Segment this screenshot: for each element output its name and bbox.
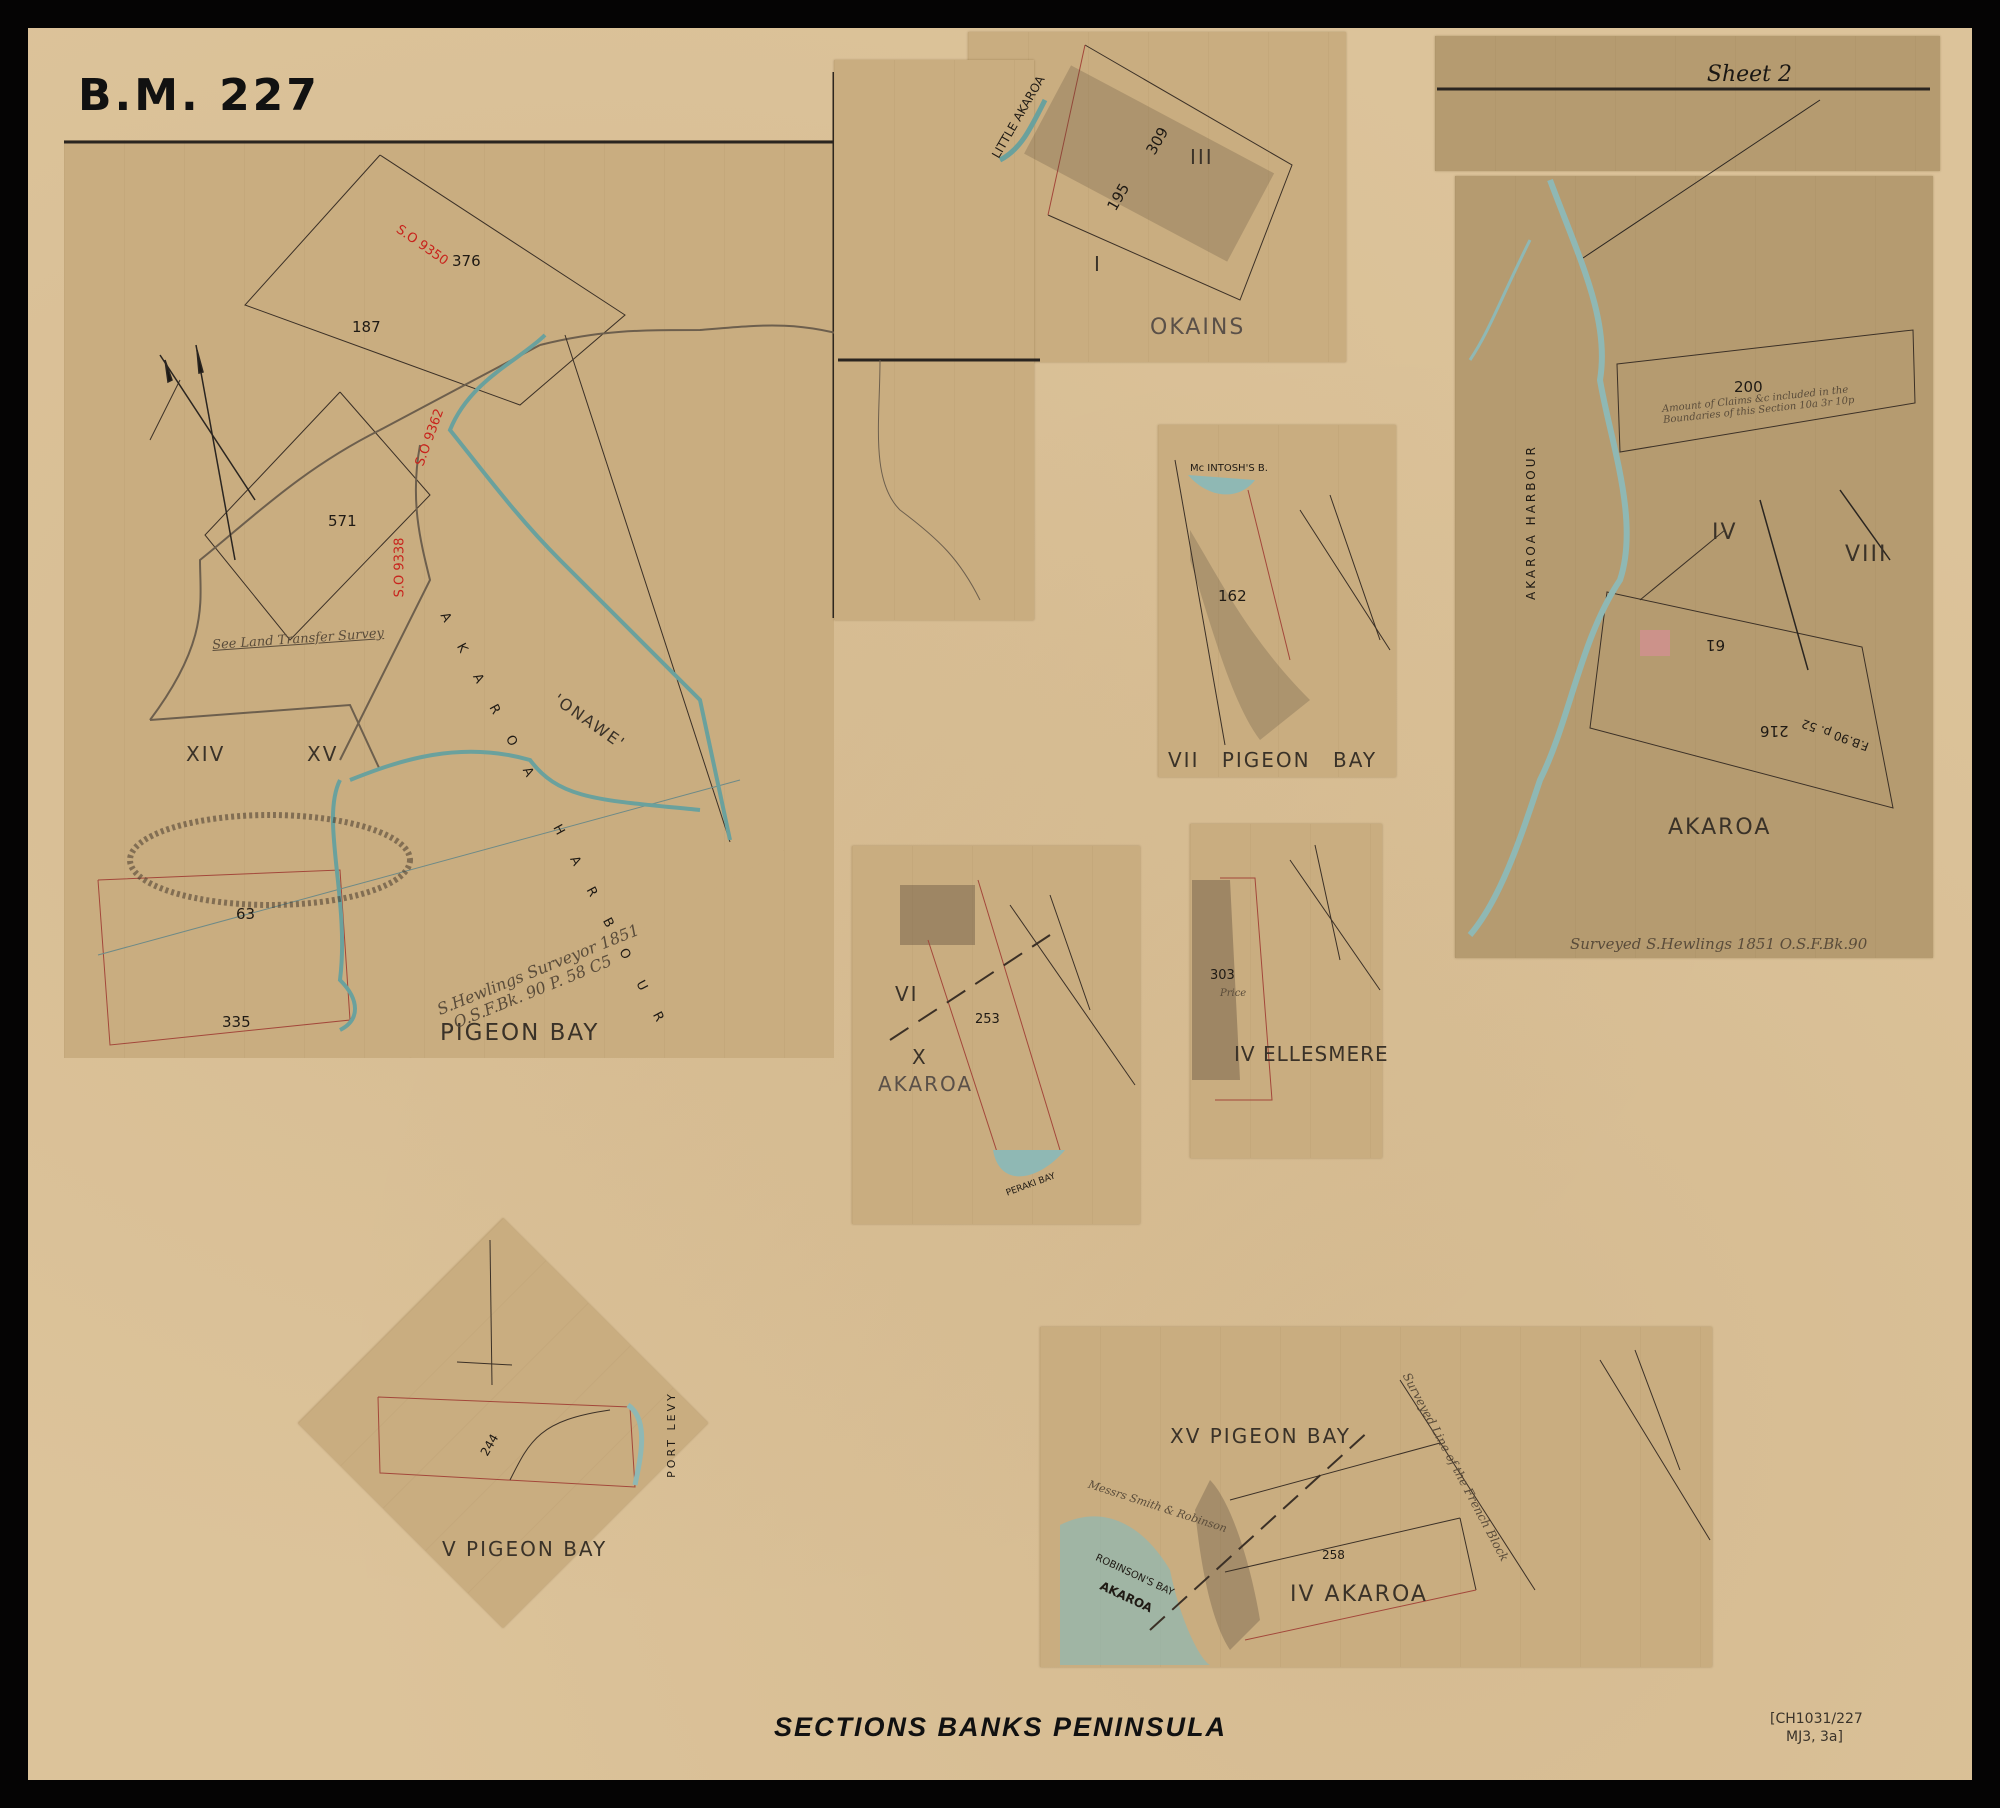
iv-akaroa-district-label: IV AKAROA [1290, 1582, 1428, 1607]
archive-reference-line-2: MJ3, 3a] [1770, 1728, 1863, 1746]
map-footer-title: SECTIONS BANKS PENINSULA [774, 1712, 1227, 1743]
archive-reference: [CH1031/227 MJ3, 3a] [1770, 1710, 1863, 1746]
archive-reference-line-1: [CH1031/227 [1770, 1710, 1863, 1728]
lot-258: 258 [1322, 1548, 1345, 1562]
xv-pigeon-bay-district-label: XV PIGEON BAY [1170, 1424, 1351, 1448]
xv-iv-akaroa-lines [0, 0, 2000, 1808]
